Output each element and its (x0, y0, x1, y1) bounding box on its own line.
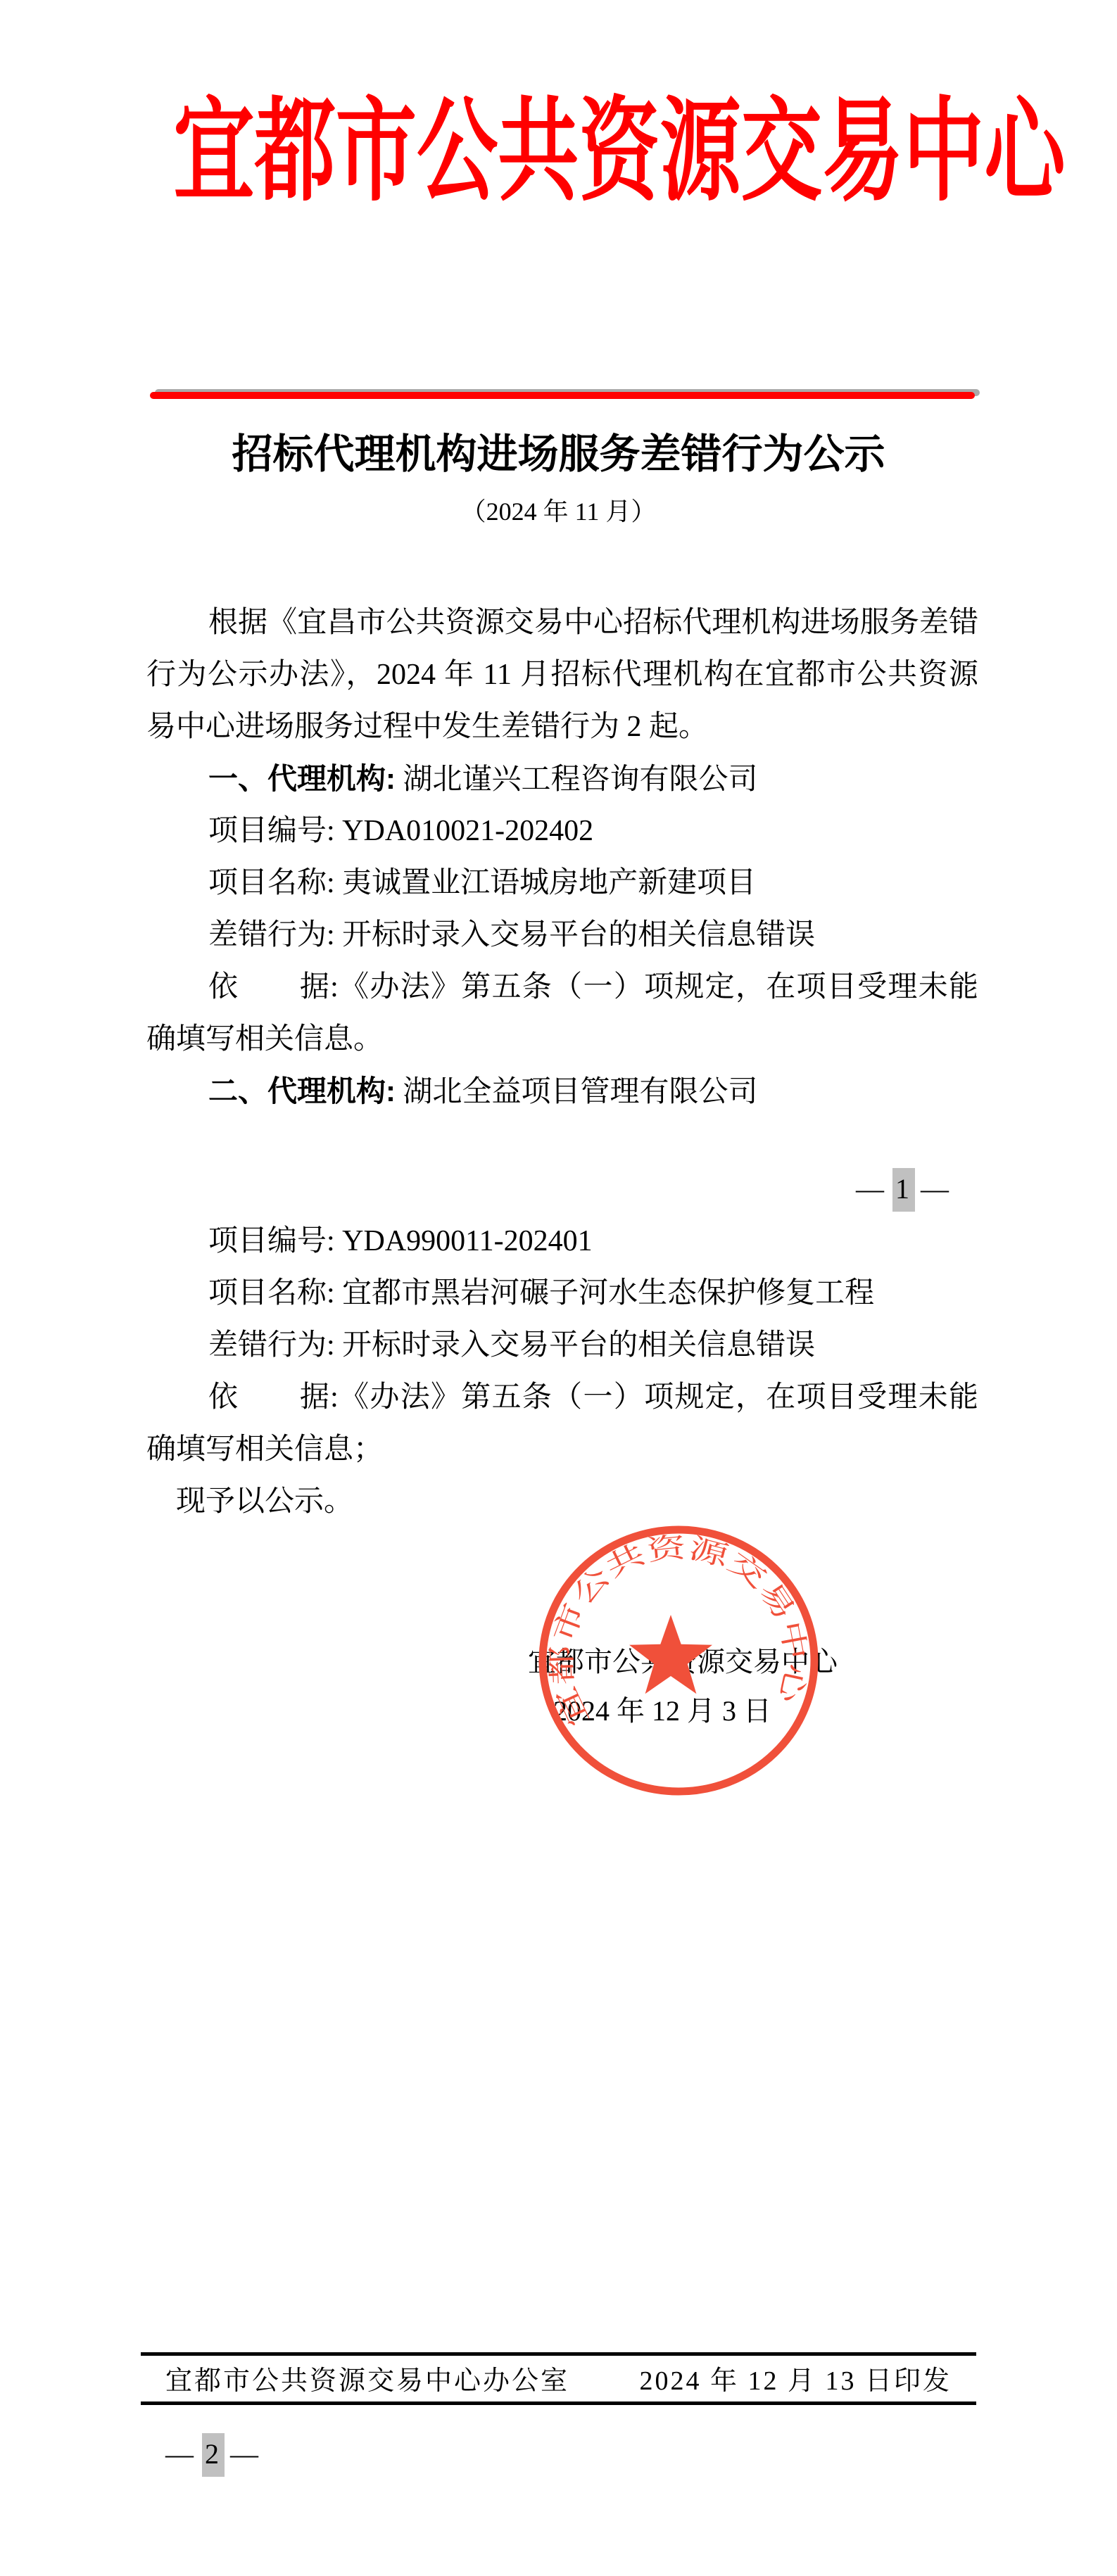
body-line: 行为公示办法》，2024 年 11 月招标代理机构在宜都市公共资源交 (146, 649, 978, 701)
body-line: 确填写相关信息。 (146, 1013, 978, 1065)
page-number-dash: — (856, 1163, 887, 1215)
official-seal: 宜都市公共资源交易中心 (538, 1518, 819, 1800)
footer-office: 宜都市公共资源交易中心办公室 (165, 2364, 569, 2398)
footer-top-rule (141, 2352, 976, 2356)
body-line-project-no: 项目编号: YDA990011-202401 (146, 1215, 978, 1267)
agency-name: 湖北全益项目管理有限公司 (396, 1076, 758, 1108)
body-line: 根据《宜昌市公共资源交易中心招标代理机构进场服务差错 (146, 597, 978, 649)
footer-row: 宜都市公共资源交易中心办公室 2024 年 12 月 13 日印发 (165, 2364, 952, 2398)
body-line-basis: 依 据:《办法》第五条（一）项规定，在项目受理未能正 (146, 961, 978, 1013)
page-number-field-shaded: 2 (202, 2433, 225, 2477)
footer-print-date: 2024 年 12 月 13 日印发 (639, 2364, 952, 2398)
seal-star-icon (629, 1615, 712, 1694)
body-line-agency-1: 一、代理机构: 湖北谨兴工程咨询有限公司 (146, 753, 978, 805)
body-text-block: 根据《宜昌市公共资源交易中心招标代理机构进场服务差错 行为公示办法》，2024 … (146, 597, 978, 1528)
agency-label: 二、代理机构: (208, 1074, 396, 1108)
agency-label: 一、代理机构: (208, 762, 396, 795)
body-line-basis: 依 据:《办法》第五条（一）项规定，在项目受理未能正 (146, 1371, 978, 1423)
body-line-agency-2: 二、代理机构: 湖北全益项目管理有限公司 (146, 1065, 978, 1117)
document-title: 招标代理机构进场服务差错行为公示 (0, 428, 1117, 481)
red-separator-rule (150, 392, 975, 399)
letterhead-title: 宜都市公共资源交易中心 (0, 90, 1117, 214)
document-subtitle: （2024 年 11 月） (0, 495, 1117, 528)
body-line-error-behavior: 差错行为: 开标时录入交易平台的相关信息错误 (146, 1319, 978, 1371)
page-number-dash: — (230, 2437, 261, 2470)
body-line-error-behavior: 差错行为: 开标时录入交易平台的相关信息错误 (146, 909, 978, 961)
page-2-number: —2— (165, 2433, 261, 2477)
page-number-field-shaded: 1 (892, 1168, 915, 1212)
body-line-project-name: 项目名称: 夷诚置业江语城房地产新建项目 (146, 857, 978, 909)
page-1-number: —1— (146, 1163, 978, 1215)
page-number-dash: — (921, 1163, 952, 1215)
footer-bottom-rule (141, 2401, 976, 2405)
letterhead-title-text: 宜都市公共资源交易中心 (173, 90, 1065, 214)
document-page: 宜都市公共资源交易中心 招标代理机构进场服务差错行为公示 （2024 年 11 … (0, 0, 1117, 2576)
agency-name: 湖北谨兴工程咨询有限公司 (396, 763, 758, 796)
body-line-project-no: 项目编号: YDA010021-202402 (146, 805, 978, 857)
body-line-project-name: 项目名称: 宜都市黑岩河碾子河水生态保护修复工程 (146, 1267, 978, 1319)
page-number-dash: — (165, 2437, 196, 2470)
body-line: 易中心进场服务过程中发生差错行为 2 起。 (146, 701, 978, 753)
body-line: 确填写相关信息； (146, 1423, 978, 1476)
